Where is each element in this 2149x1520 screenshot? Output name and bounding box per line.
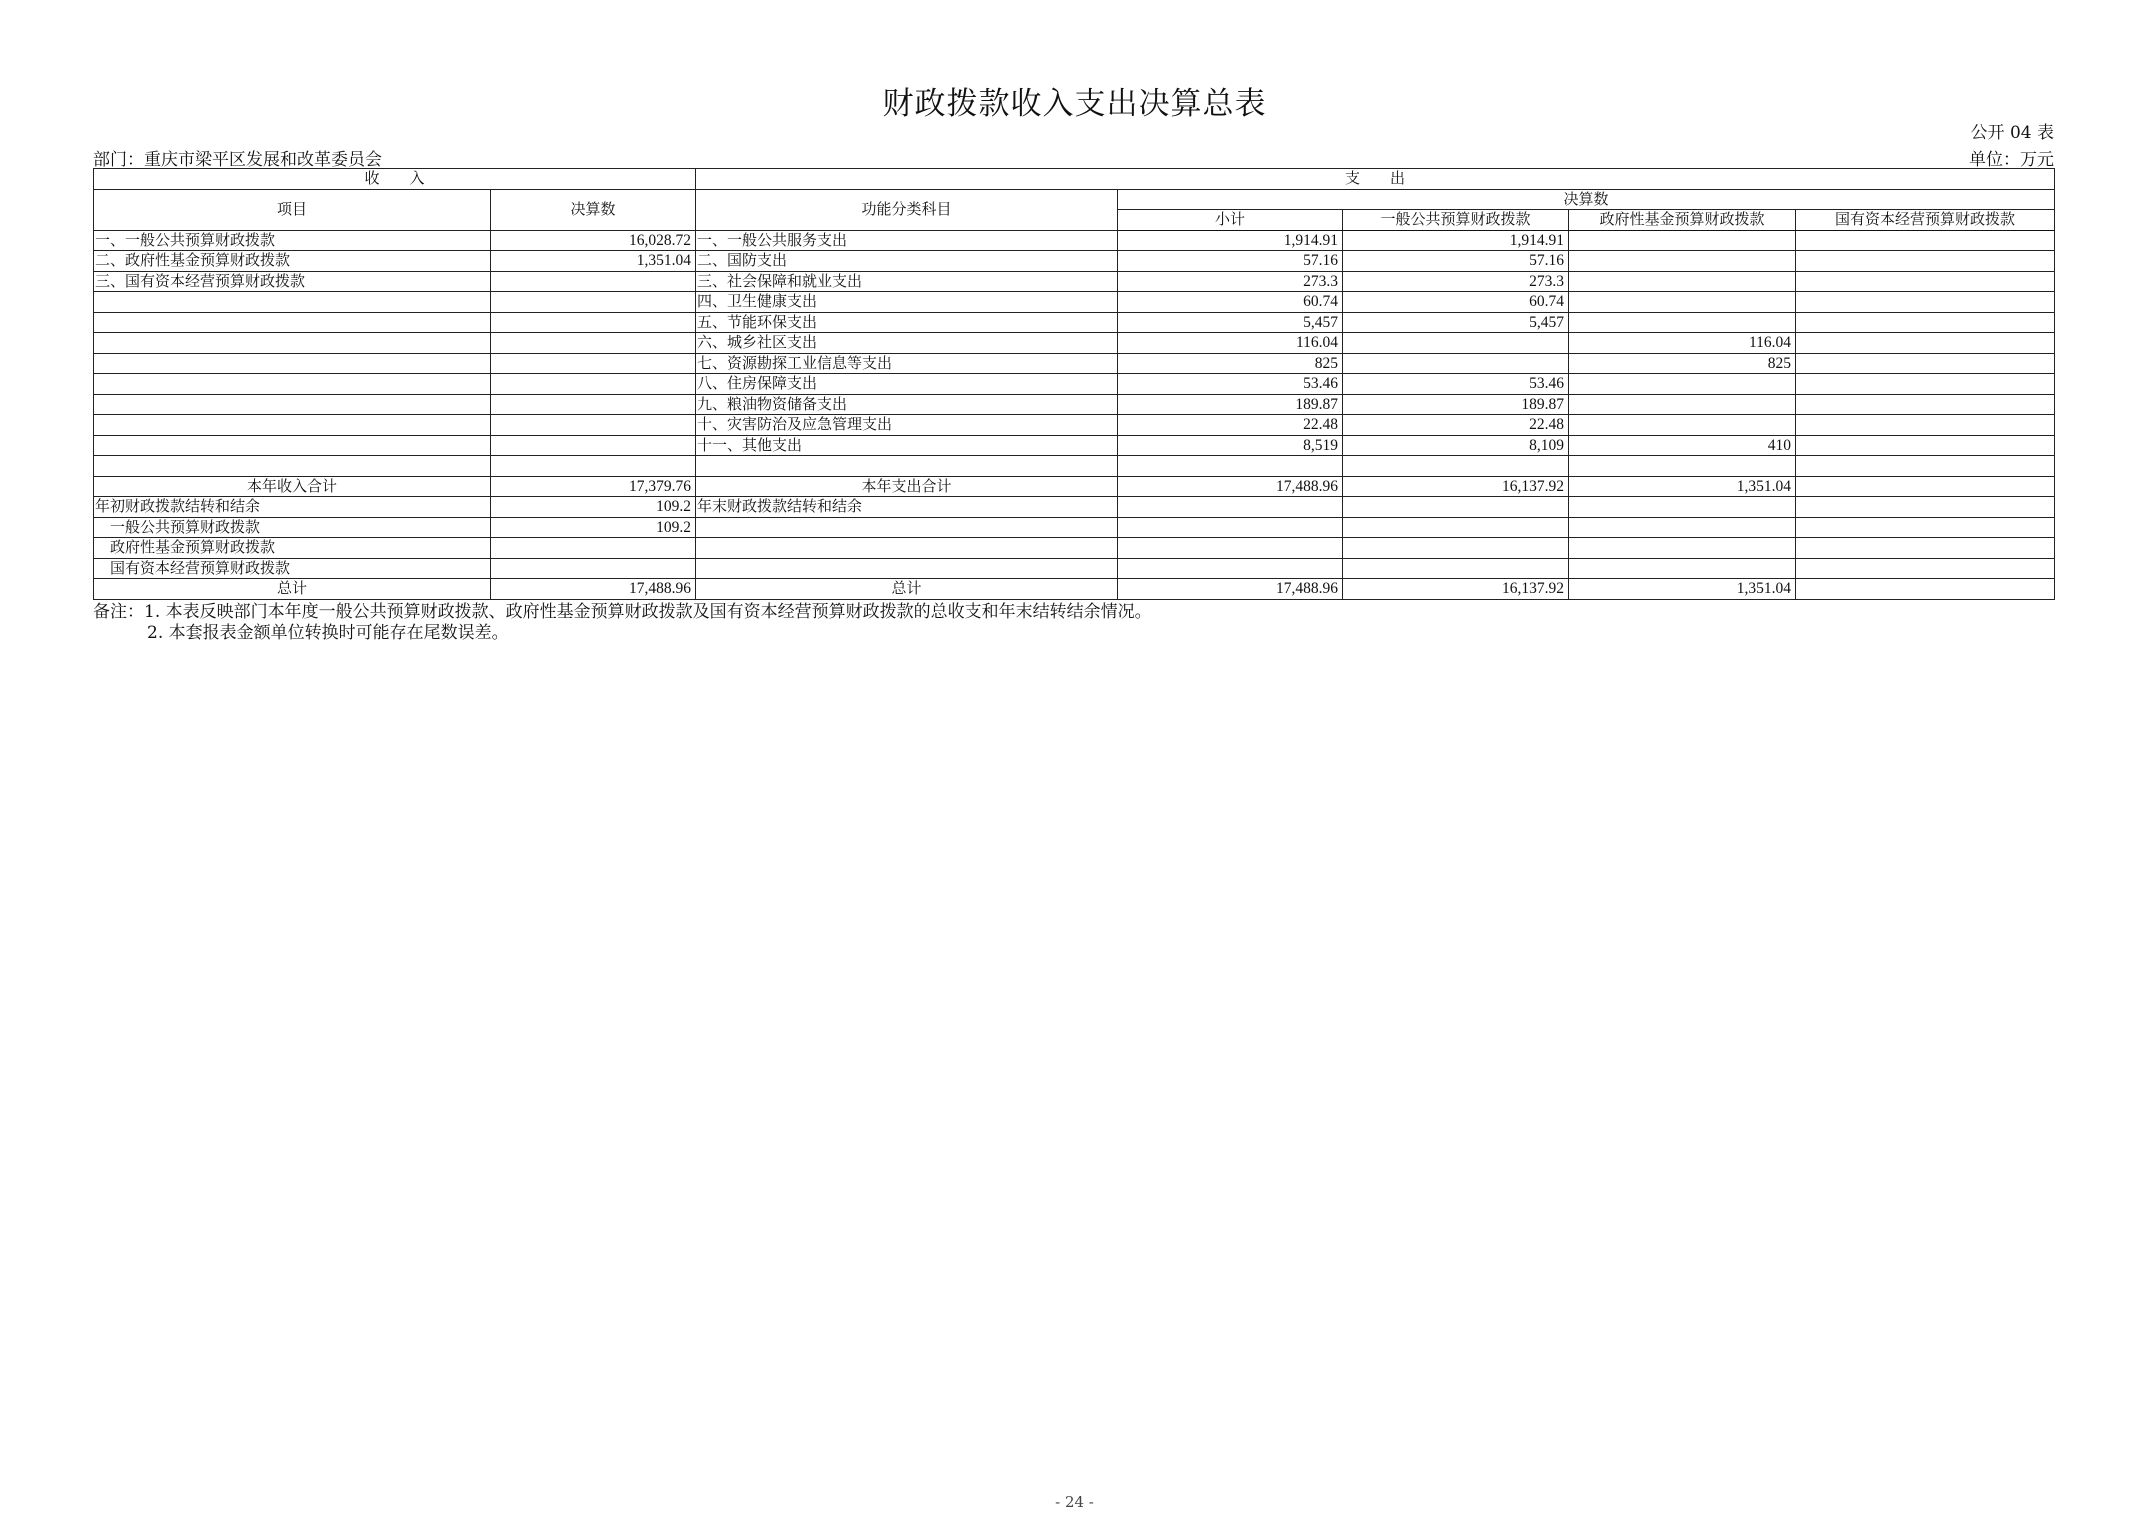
income-item: [94, 435, 491, 456]
income-amount: [491, 333, 696, 354]
expense-general-budget: 22.48: [1343, 415, 1569, 436]
expense-subtotal: 57.16: [1118, 251, 1343, 272]
income-amount: [491, 374, 696, 395]
expense-item: 九、粮油物资储备支出: [696, 394, 1118, 415]
income-amount: [491, 353, 696, 374]
table-row: 十一、其他支出8,5198,109410: [94, 435, 2055, 456]
year-income-total: 17,379.76: [491, 476, 696, 497]
expense-item: 四、卫生健康支出: [696, 292, 1118, 313]
expense-subtotal: 825: [1118, 353, 1343, 374]
year-expense-general: 16,137.92: [1343, 476, 1569, 497]
carryover-expense-item: [696, 558, 1118, 579]
year-expense-state-capital: [1796, 476, 2055, 497]
col-header-state-capital-budget: 国有资本经营预算财政拨款: [1796, 210, 2055, 231]
table-row: 二、政府性基金预算财政拨款1,351.04二、国防支出57.1657.16: [94, 251, 2055, 272]
table-row: 四、卫生健康支出60.7460.74: [94, 292, 2055, 313]
expense-state-capital-budget: [1796, 353, 2055, 374]
expense-general-budget: [1343, 353, 1569, 374]
carryover-expense-item: 年末财政拨款结转和结余: [696, 497, 1118, 518]
carryover-subtotal: [1118, 558, 1343, 579]
income-item: [94, 333, 491, 354]
note-1: 备注：1. 本表反映部门本年度一般公共预算财政拨款、政府性基金预算财政拨款及国有…: [93, 602, 1152, 623]
expense-state-capital-budget: [1796, 435, 2055, 456]
expense-item: 三、社会保障和就业支出: [696, 271, 1118, 292]
carryover-income-item: 一般公共预算财政拨款: [94, 517, 491, 538]
income-item: [94, 312, 491, 333]
carryover-income-item: 年初财政拨款结转和结余: [94, 497, 491, 518]
expense-item: 二、国防支出: [696, 251, 1118, 272]
income-amount: [491, 394, 696, 415]
expense-gov-fund-budget: [1569, 251, 1796, 272]
income-item: 三、国有资本经营预算财政拨款: [94, 271, 491, 292]
income-item: 二、政府性基金预算财政拨款: [94, 251, 491, 272]
col-header-general-budget: 一般公共预算财政拨款: [1343, 210, 1569, 231]
expense-gov-fund-budget: [1569, 292, 1796, 313]
expense-item: 一、一般公共服务支出: [696, 230, 1118, 251]
expense-gov-fund-budget: [1569, 374, 1796, 395]
grand-expense-general: 16,137.92: [1343, 579, 1569, 600]
page-title: 财政拨款收入支出决算总表: [0, 78, 2149, 123]
carryover-gov-fund: [1569, 538, 1796, 559]
carryover-income-amount: 109.2: [491, 517, 696, 538]
carryover-row: 一般公共预算财政拨款109.2: [94, 517, 2055, 538]
expense-subtotal: 1,914.91: [1118, 230, 1343, 251]
expense-general-budget: 8,109: [1343, 435, 1569, 456]
grand-expense-subtotal: 17,488.96: [1118, 579, 1343, 600]
carryover-subtotal: [1118, 497, 1343, 518]
expense-state-capital-budget: [1796, 415, 2055, 436]
grand-expense-state-capital: [1796, 579, 2055, 600]
col-header-gov-fund-budget: 政府性基金预算财政拨款: [1569, 210, 1796, 231]
expense-general-budget: 53.46: [1343, 374, 1569, 395]
expense-gov-fund-budget: 116.04: [1569, 333, 1796, 354]
expense-subtotal: [1118, 456, 1343, 477]
expense-section-header: 支 出: [696, 169, 2055, 190]
carryover-subtotal: [1118, 538, 1343, 559]
expense-subtotal: 53.46: [1118, 374, 1343, 395]
notes: 备注：1. 本表反映部门本年度一般公共预算财政拨款、政府性基金预算财政拨款及国有…: [93, 602, 1152, 644]
carryover-subtotal: [1118, 517, 1343, 538]
expense-state-capital-budget: [1796, 312, 2055, 333]
grand-income-total: 17,488.96: [491, 579, 696, 600]
carryover-row: 年初财政拨款结转和结余109.2年末财政拨款结转和结余: [94, 497, 2055, 518]
income-amount: [491, 415, 696, 436]
carryover-general: [1343, 497, 1569, 518]
expense-subtotal: 273.3: [1118, 271, 1343, 292]
grand-expense-gov-fund: 1,351.04: [1569, 579, 1796, 600]
expense-state-capital-budget: [1796, 271, 2055, 292]
expense-general-budget: [1343, 333, 1569, 354]
carryover-income-item: 国有资本经营预算财政拨款: [94, 558, 491, 579]
year-expense-total-label: 本年支出合计: [696, 476, 1118, 497]
expense-subtotal: 22.48: [1118, 415, 1343, 436]
expense-item: 八、住房保障支出: [696, 374, 1118, 395]
col-header-item: 项目: [94, 189, 491, 230]
expense-state-capital-budget: [1796, 333, 2055, 354]
expense-subtotal: 8,519: [1118, 435, 1343, 456]
year-total-row: 本年收入合计17,379.76本年支出合计17,488.9616,137.921…: [94, 476, 2055, 497]
fiscal-summary-table: 收 入 支 出 项目 决算数 功能分类科目 决算数 小计 一般公共预算财政拨款 …: [93, 168, 2055, 600]
form-number: 公开 04 表: [1971, 118, 2054, 143]
table-row: 十、灾害防治及应急管理支出22.4822.48: [94, 415, 2055, 436]
expense-general-budget: 273.3: [1343, 271, 1569, 292]
expense-gov-fund-budget: [1569, 312, 1796, 333]
expense-state-capital-budget: [1796, 374, 2055, 395]
income-amount: [491, 456, 696, 477]
grand-income-total-label: 总计: [94, 579, 491, 600]
expense-gov-fund-budget: [1569, 456, 1796, 477]
note-2: 2. 本套报表金额单位转换时可能存在尾数误差。: [93, 623, 1152, 644]
year-income-total-label: 本年收入合计: [94, 476, 491, 497]
unit-label: 单位：万元: [1969, 145, 2054, 170]
expense-subtotal: 5,457: [1118, 312, 1343, 333]
expense-item: [696, 456, 1118, 477]
carryover-expense-item: [696, 538, 1118, 559]
year-expense-subtotal: 17,488.96: [1118, 476, 1343, 497]
carryover-general: [1343, 538, 1569, 559]
expense-item: 十、灾害防治及应急管理支出: [696, 415, 1118, 436]
expense-state-capital-budget: [1796, 251, 2055, 272]
expense-subtotal: 60.74: [1118, 292, 1343, 313]
expense-subtotal: 189.87: [1118, 394, 1343, 415]
carryover-income-amount: 109.2: [491, 497, 696, 518]
carryover-row: 国有资本经营预算财政拨款: [94, 558, 2055, 579]
income-amount: 16,028.72: [491, 230, 696, 251]
expense-general-budget: 1,914.91: [1343, 230, 1569, 251]
col-header-final-amount: 决算数: [1118, 189, 2055, 210]
expense-item: 六、城乡社区支出: [696, 333, 1118, 354]
expense-general-budget: 57.16: [1343, 251, 1569, 272]
carryover-state-capital: [1796, 558, 2055, 579]
expense-gov-fund-budget: [1569, 394, 1796, 415]
carryover-state-capital: [1796, 538, 2055, 559]
table-row: 七、资源勘探工业信息等支出825825: [94, 353, 2055, 374]
table-row: 五、节能环保支出5,4575,457: [94, 312, 2055, 333]
expense-state-capital-budget: [1796, 292, 2055, 313]
carryover-state-capital: [1796, 517, 2055, 538]
department-label: 部门：重庆市梁平区发展和改革委员会: [93, 145, 382, 170]
expense-gov-fund-budget: [1569, 230, 1796, 251]
income-item: [94, 456, 491, 477]
expense-state-capital-budget: [1796, 230, 2055, 251]
page-number: - 24 -: [0, 1493, 2149, 1511]
section-header-row: 收 入 支 出: [94, 169, 2055, 190]
expense-general-budget: [1343, 456, 1569, 477]
grand-total-row: 总计17,488.96总计17,488.9616,137.921,351.04: [94, 579, 2055, 600]
col-header-amount: 决算数: [491, 189, 696, 230]
table-row: 一、一般公共预算财政拨款16,028.72一、一般公共服务支出1,914.911…: [94, 230, 2055, 251]
expense-gov-fund-budget: 410: [1569, 435, 1796, 456]
income-item: 一、一般公共预算财政拨款: [94, 230, 491, 251]
grand-expense-total-label: 总计: [696, 579, 1118, 600]
carryover-general: [1343, 517, 1569, 538]
carryover-expense-item: [696, 517, 1118, 538]
carryover-state-capital: [1796, 497, 2055, 518]
column-header-row-1: 项目 决算数 功能分类科目 决算数: [94, 189, 2055, 210]
carryover-row: 政府性基金预算财政拨款: [94, 538, 2055, 559]
income-amount: [491, 271, 696, 292]
carryover-gov-fund: [1569, 497, 1796, 518]
income-item: [94, 394, 491, 415]
income-item: [94, 292, 491, 313]
table-row: 六、城乡社区支出116.04116.04: [94, 333, 2055, 354]
year-expense-gov-fund: 1,351.04: [1569, 476, 1796, 497]
income-item: [94, 353, 491, 374]
table-row: 九、粮油物资储备支出189.87189.87: [94, 394, 2055, 415]
table-row: 八、住房保障支出53.4653.46: [94, 374, 2055, 395]
carryover-general: [1343, 558, 1569, 579]
carryover-income-amount: [491, 538, 696, 559]
col-header-subtotal: 小计: [1118, 210, 1343, 231]
table-row: [94, 456, 2055, 477]
expense-gov-fund-budget: [1569, 415, 1796, 436]
income-amount: [491, 292, 696, 313]
expense-general-budget: 5,457: [1343, 312, 1569, 333]
col-header-function-category: 功能分类科目: [696, 189, 1118, 230]
expense-state-capital-budget: [1796, 394, 2055, 415]
income-amount: 1,351.04: [491, 251, 696, 272]
income-amount: [491, 312, 696, 333]
expense-gov-fund-budget: [1569, 271, 1796, 292]
income-item: [94, 374, 491, 395]
table-row: 三、国有资本经营预算财政拨款三、社会保障和就业支出273.3273.3: [94, 271, 2055, 292]
income-section-header: 收 入: [94, 169, 696, 190]
carryover-income-item: 政府性基金预算财政拨款: [94, 538, 491, 559]
expense-subtotal: 116.04: [1118, 333, 1343, 354]
expense-item: 七、资源勘探工业信息等支出: [696, 353, 1118, 374]
expense-state-capital-budget: [1796, 456, 2055, 477]
expense-general-budget: 60.74: [1343, 292, 1569, 313]
expense-general-budget: 189.87: [1343, 394, 1569, 415]
income-item: [94, 415, 491, 436]
carryover-income-amount: [491, 558, 696, 579]
income-amount: [491, 435, 696, 456]
expense-gov-fund-budget: 825: [1569, 353, 1796, 374]
carryover-gov-fund: [1569, 517, 1796, 538]
expense-item: 五、节能环保支出: [696, 312, 1118, 333]
carryover-gov-fund: [1569, 558, 1796, 579]
expense-item: 十一、其他支出: [696, 435, 1118, 456]
